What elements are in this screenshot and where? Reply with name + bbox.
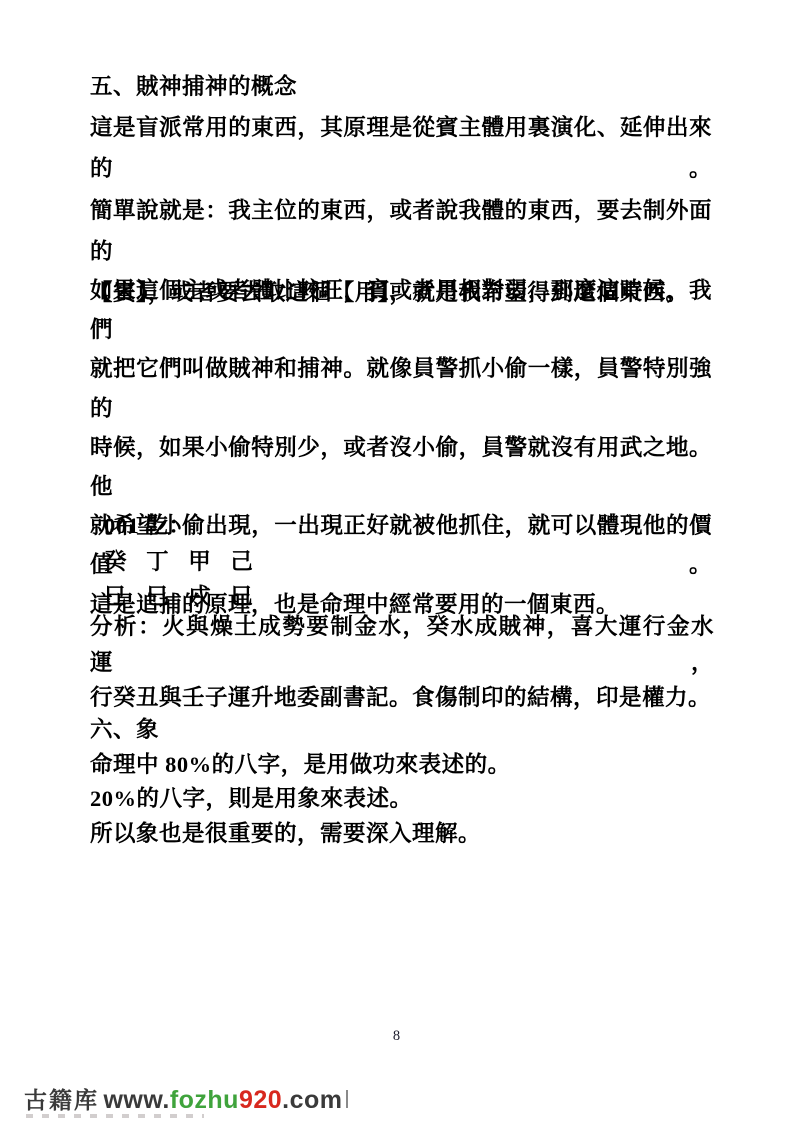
page-number-text: 8 [393,1028,400,1044]
site-watermark: 古籍库 www.fozhu920.com [24,1082,348,1115]
watermark-url-suffix: .com [282,1086,342,1114]
text-line: 簡單說就是：我主位的東西，或者說我體的東西，要去制外面的 [90,190,712,273]
watermark-site-name: 古籍库 [24,1087,99,1113]
section-six-heading: 六、象 [90,713,714,748]
text-line: 20%的八字，則是用象來表述。 [90,782,714,817]
example-analysis: 分析：火與燥土成勢要制金水，癸水成賊神，喜大運行金水運， 行癸丑與壬子運升地委副… [90,609,714,716]
page-number: 8 [0,1028,793,1045]
text-line: 所以象也是很重要的，需要深入理解。 [90,817,714,852]
text-line: 這是盲派常用的東西，其原理是從賓主體用裏演化、延伸出來的。 [90,107,712,190]
chart-label: 001 乾： [104,508,253,544]
text-line: 命理中 80%的八字，是用做功來表述的。 [90,748,714,783]
watermark-url-www: www. [103,1086,169,1114]
watermark-cutoff-text-remnant [26,1114,204,1118]
text-line: 如果這個主或者體比較旺，賓或者用相對弱，那麼這時候，我們 [90,271,712,349]
text-line: 時候，如果小偷特別少，或者沒小偷，員警就沒有用武之地。他 [90,428,712,506]
heavenly-stems-row: 癸 丁 甲 己 [104,544,253,580]
watermark-url-red: 920 [239,1086,282,1114]
heading-text: 五、賊神捕神的概念 [90,66,712,107]
section-six: 六、象 命理中 80%的八字，是用做功來表述的。 20%的八字，則是用象來表述。… [90,713,714,851]
watermark-cutoff-mark [346,1090,348,1108]
text-line: 就把它們叫做賊神和捕神。就像員警抓小偷一樣，員警特別強的 [90,349,712,427]
watermark-url-green: fozhu [170,1086,239,1114]
text-line: 行癸丑與壬子運升地委副書記。食傷制印的結構，印是權力。 [90,680,714,716]
document-page: 五、賊神捕神的概念 這是盲派常用的東西，其原理是從賓主體用裏演化、延伸出來的。 … [0,0,793,1122]
text-line: 分析：火與燥土成勢要制金水，癸水成賊神，喜大運行金水運， [90,609,714,680]
bazi-example-chart: 001 乾： 癸 丁 甲 己 巳 巳 戌 巳 [104,508,253,615]
section-five-heading: 五、賊神捕神的概念 [90,66,712,107]
